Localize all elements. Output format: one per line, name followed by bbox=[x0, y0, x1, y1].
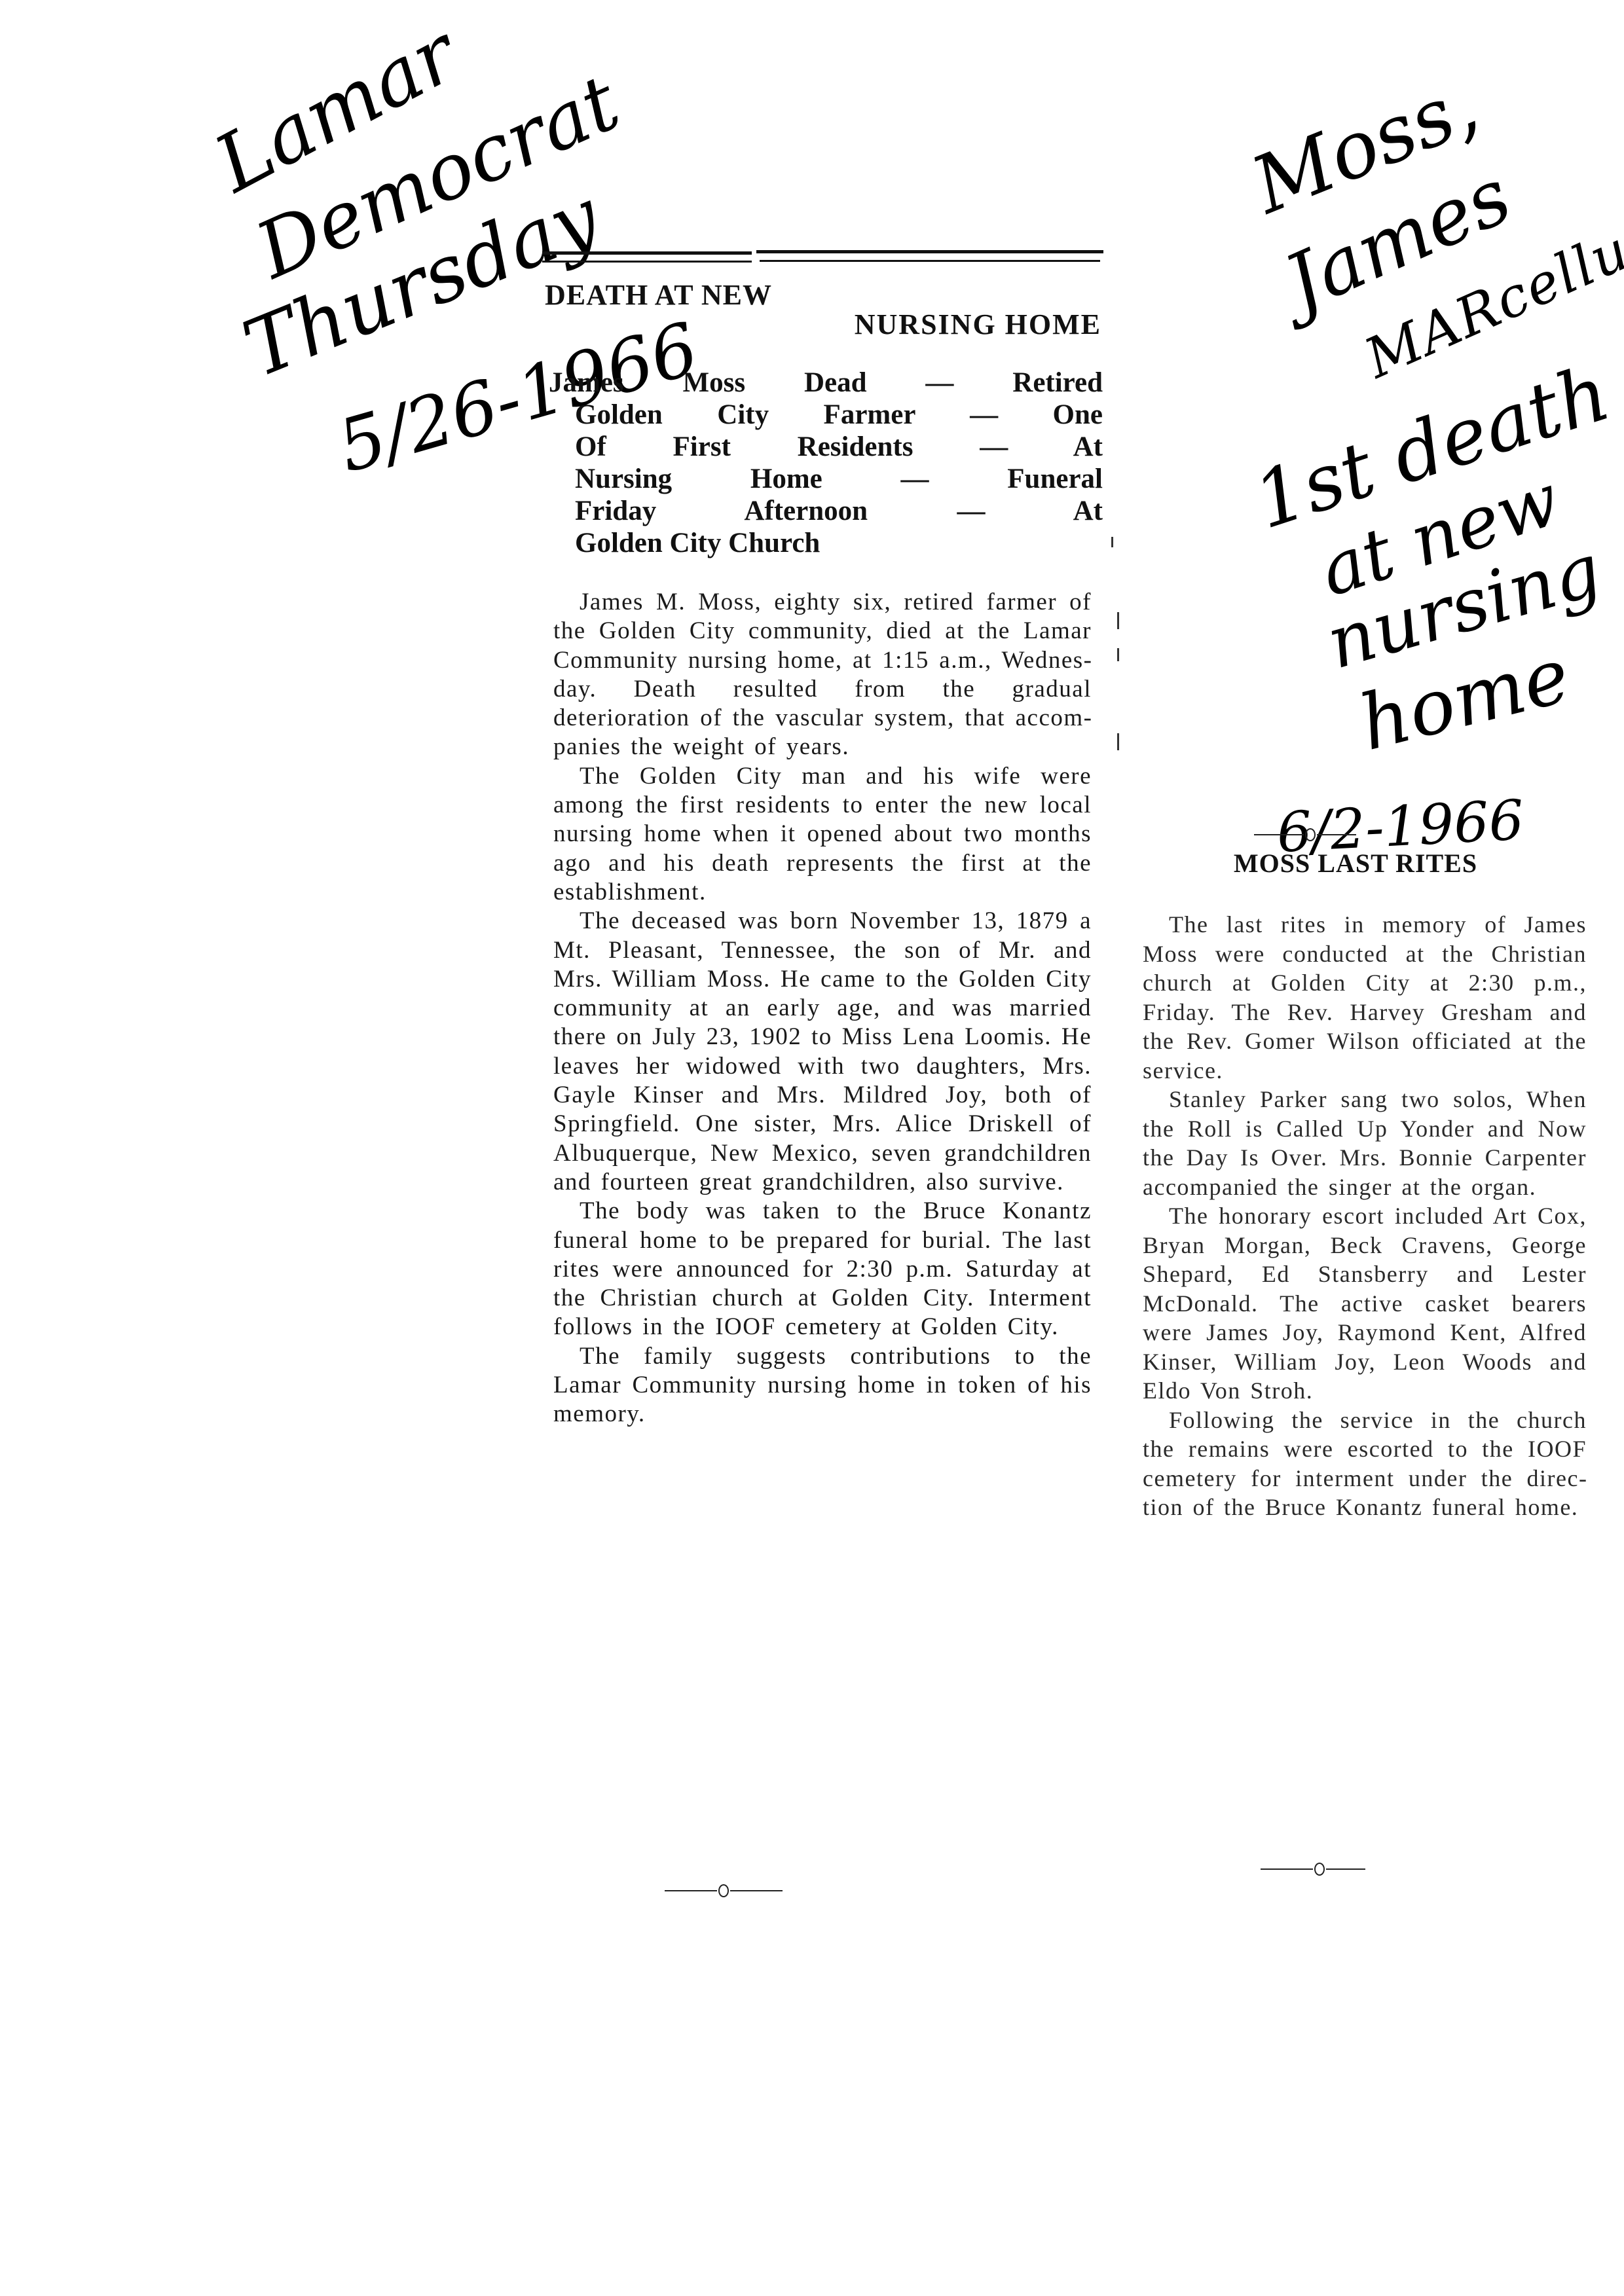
handwritten-subject-note: Moss, James MARcellus 1st death at new n… bbox=[1231, 111, 1611, 818]
end-of-article-separator bbox=[665, 1884, 783, 1897]
article-paragraph: The Golden City man and his wife were am… bbox=[553, 762, 1092, 907]
column-rule-divider bbox=[756, 250, 1103, 253]
scan-artifact-mark bbox=[1111, 537, 1113, 547]
deck-line: Nursing Home — Funeral bbox=[575, 463, 1103, 495]
handwritten-source-note: Lamar Democrat Thursday 5/26-1966 bbox=[196, 105, 563, 419]
deck-line: James Moss Dead — Retired bbox=[549, 367, 1103, 399]
column-rule-divider bbox=[542, 251, 752, 255]
column-rule-divider bbox=[542, 261, 752, 263]
deck-line: Friday Afternoon — At bbox=[575, 495, 1103, 527]
article-subheadline-deck: James Moss Dead — Retired Golden City Fa… bbox=[549, 367, 1103, 559]
deck-line: Golden City Church bbox=[575, 527, 1103, 559]
deck-line: Golden City Farmer — One bbox=[575, 399, 1103, 431]
article-paragraph: The deceased was born No­vember 13, 1879… bbox=[553, 907, 1092, 1197]
article-paragraph: Following the service in the church the … bbox=[1143, 1406, 1587, 1522]
scan-artifact-mark bbox=[1117, 612, 1119, 629]
article-paragraph: The honorary escort included Art Cox, Br… bbox=[1143, 1201, 1587, 1406]
article-paragraph: The last rites in memory of James Moss w… bbox=[1143, 910, 1587, 1085]
scan-artifact-mark bbox=[1117, 648, 1119, 661]
article-separator bbox=[1254, 828, 1372, 841]
end-of-article-separator bbox=[1261, 1863, 1365, 1876]
article-headline-line-2: NURSING HOME bbox=[661, 308, 1101, 341]
scanned-newspaper-clipping-page: Lamar Democrat Thursday 5/26-1966 Moss, … bbox=[0, 0, 1624, 2296]
second-article-headline: MOSS LAST RITES bbox=[1192, 848, 1519, 879]
last-rites-article-body: The last rites in memory of James Moss w… bbox=[1143, 910, 1587, 1522]
scan-artifact-mark bbox=[1117, 733, 1119, 750]
deck-line: Of First Residents — At bbox=[575, 431, 1103, 463]
article-paragraph: Stanley Parker sang two so­los, When the… bbox=[1143, 1085, 1587, 1201]
article-headline-line-1: DEATH AT NEW bbox=[545, 278, 772, 312]
article-paragraph: James M. Moss, eighty six, retired farme… bbox=[553, 588, 1092, 762]
article-paragraph: The body was taken to the Bruce Konantz … bbox=[553, 1197, 1092, 1341]
article-paragraph: The family suggests contri­butions to th… bbox=[553, 1342, 1092, 1429]
obituary-article-body: James M. Moss, eighty six, retired farme… bbox=[553, 588, 1092, 1429]
column-rule-divider bbox=[760, 260, 1100, 262]
